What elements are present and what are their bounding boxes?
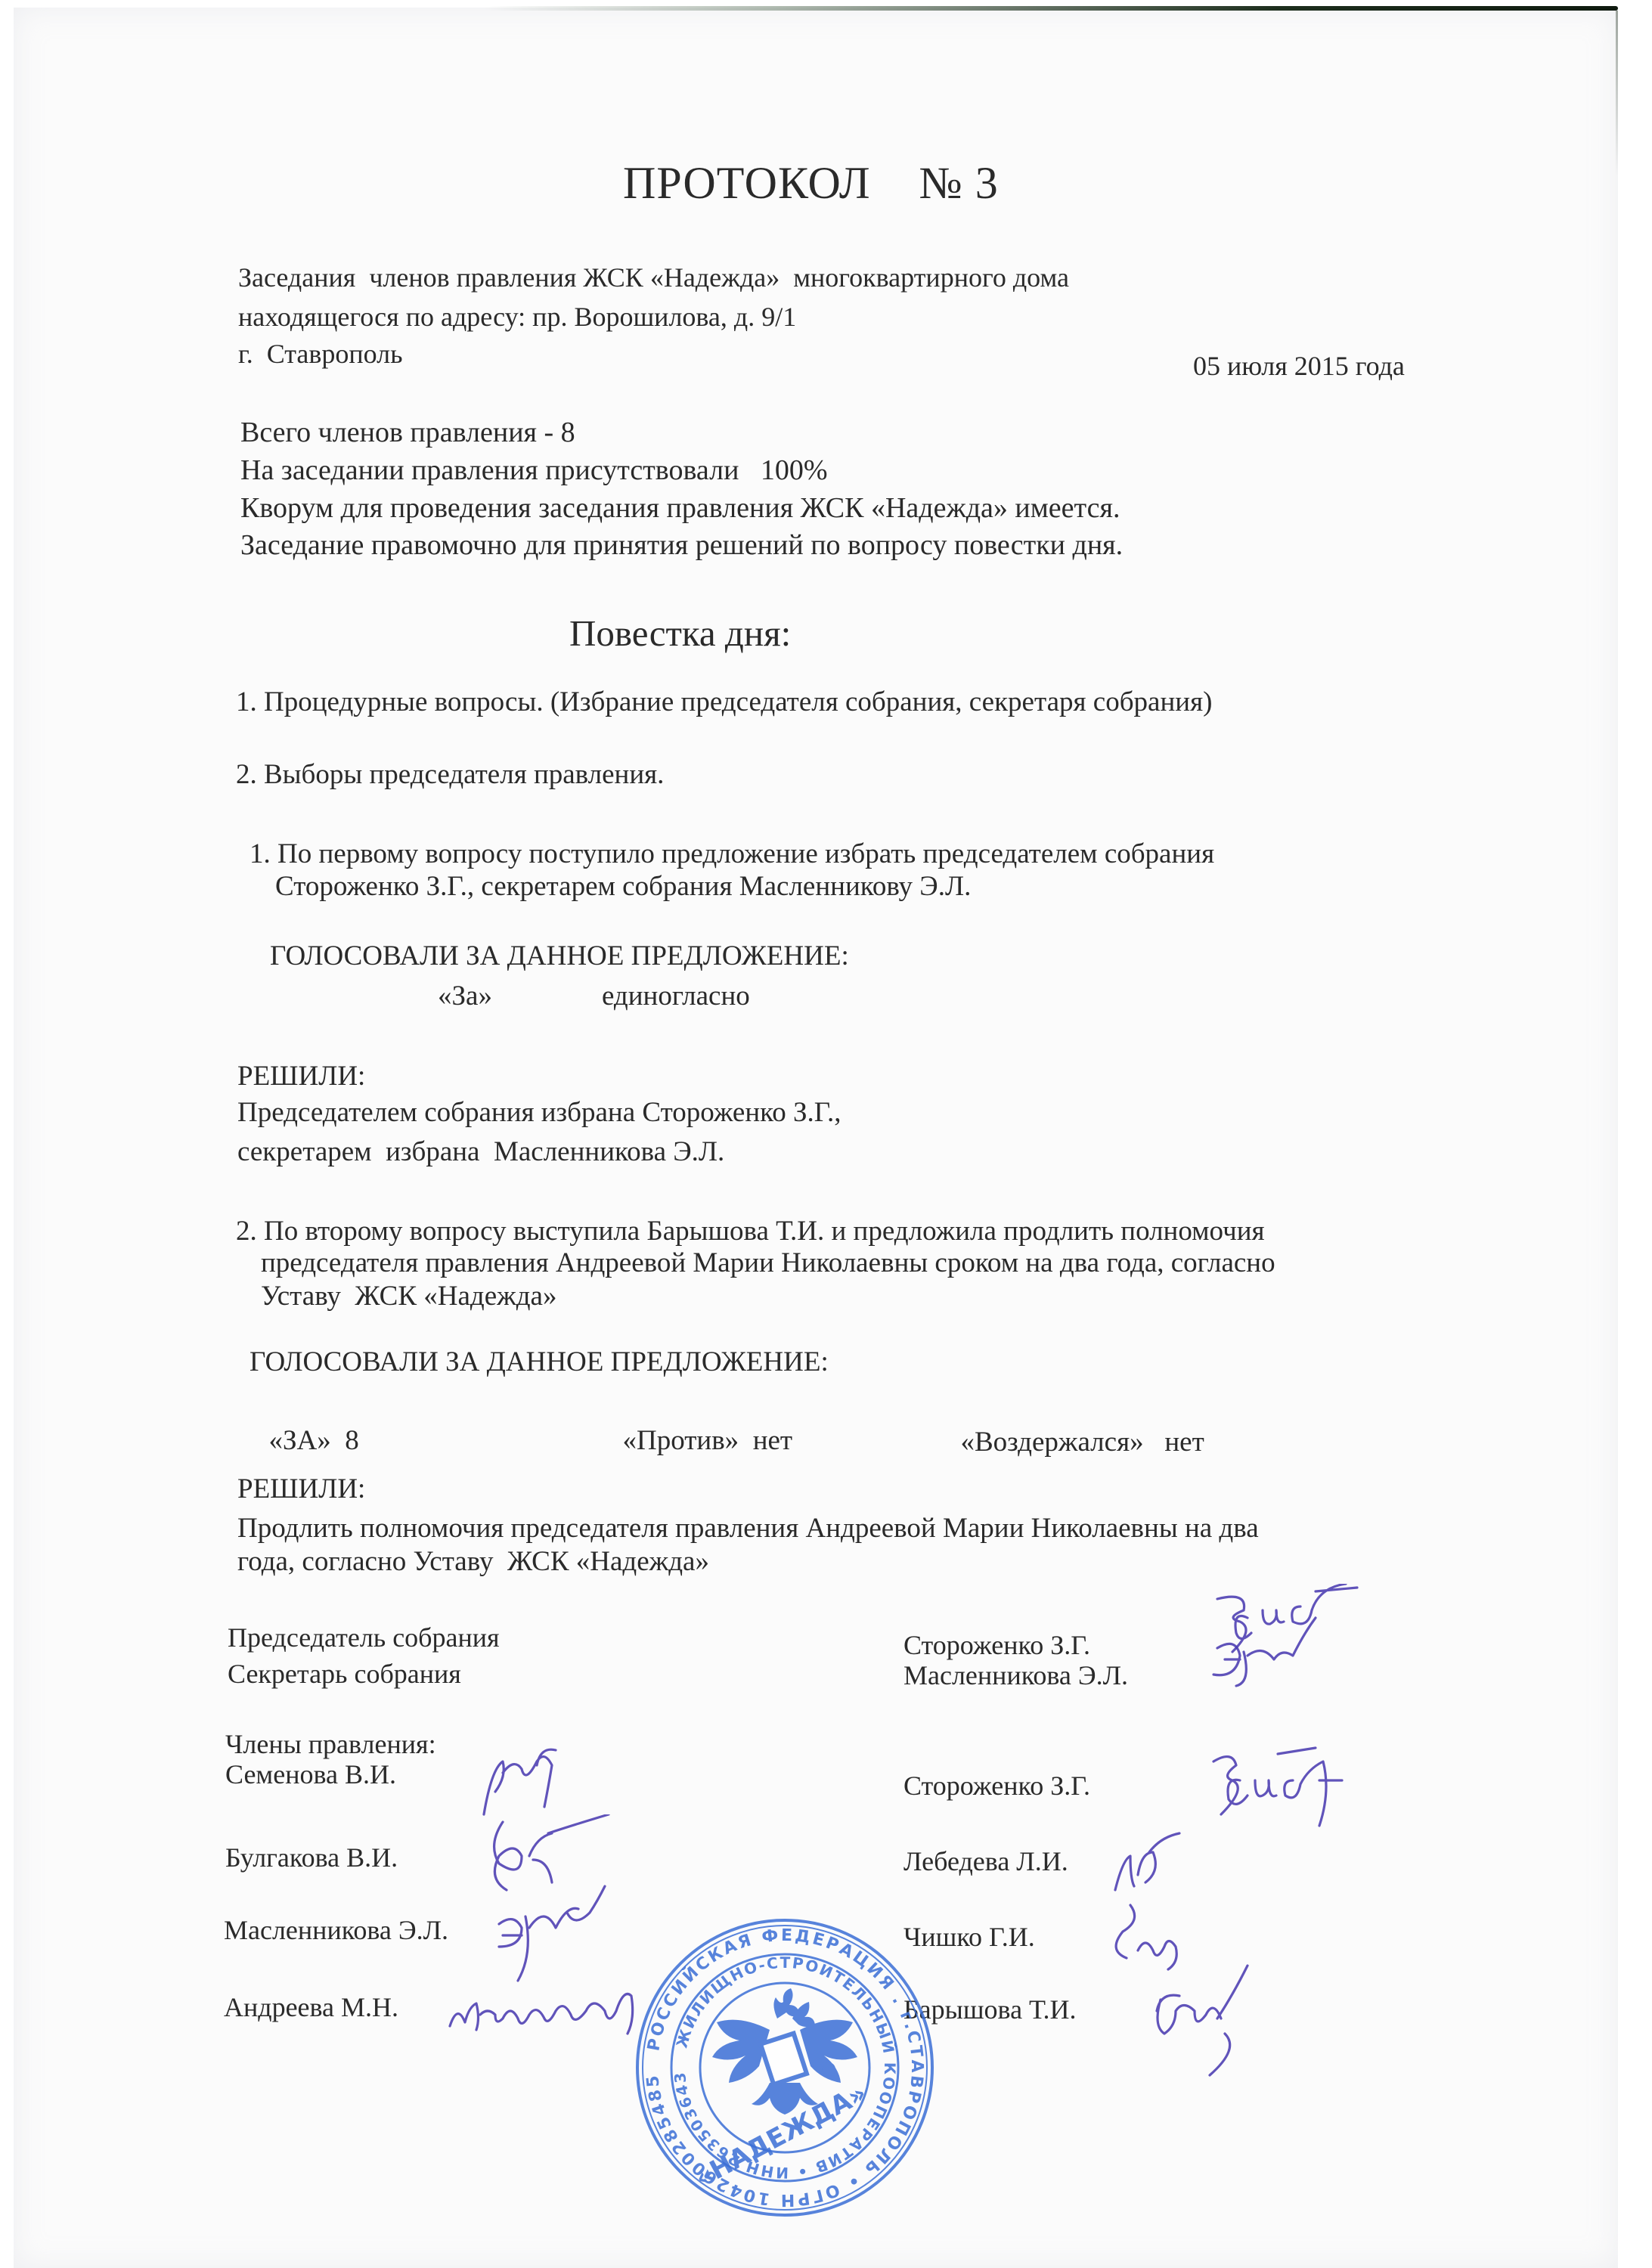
signature-semenova: [469, 1743, 605, 1826]
validity-statement: Заседание правомочно для принятия решени…: [240, 531, 1123, 559]
header-date: 05 июля 2015 года: [1193, 352, 1405, 380]
question2-decision-line-2: года, согласно Уставу ЖСК «Надежда»: [237, 1548, 709, 1576]
vote-abstain-value: нет: [1164, 1428, 1204, 1456]
question1-line-1: 1. По первому вопросу поступило предложе…: [250, 840, 1214, 868]
signature-baryshova: [1142, 1958, 1270, 2079]
vote-abstain-label: «Воздержался»: [961, 1428, 1144, 1456]
chair-name: Стороженко З.Г.: [903, 1631, 1090, 1659]
question1-decision-line-1: Председателем собрания избрана Стороженк…: [237, 1098, 841, 1126]
member-right-2: Лебедева Л.И.: [903, 1848, 1068, 1875]
question2-voted-heading: ГОЛОСОВАЛИ ЗА ДАННОЕ ПРЕДЛОЖЕНИЕ:: [250, 1348, 829, 1376]
chair-role: Председатель собрания: [228, 1624, 500, 1651]
scanner-edge-shadow: [1616, 11, 1618, 177]
agenda-title: Повестка дня:: [569, 615, 791, 652]
question1-decided-heading: РЕШИЛИ:: [237, 1062, 365, 1090]
signature-maslennikova: [491, 1882, 628, 1988]
question2-line-3: Уставу ЖСК «Надежда»: [261, 1282, 556, 1310]
question2-line-1: 2. По второму вопросу выступила Барышова…: [236, 1217, 1265, 1245]
vote-against: «Против» нет: [609, 1399, 792, 1455]
member-left-3: Масленникова Э.Л.: [224, 1916, 448, 1944]
agenda-item-2: 2. Выборы председателя правления.: [236, 761, 664, 789]
question1-voted-heading: ГОЛОСОВАЛИ ЗА ДАННОЕ ПРЕДЛОЖЕНИЕ:: [270, 942, 849, 970]
vote-against-value: нет: [753, 1427, 792, 1455]
signature-lebedeva: [1104, 1830, 1195, 1898]
vote-for-label: «ЗА»: [269, 1427, 331, 1455]
secretary-role: Секретарь собрания: [228, 1660, 461, 1687]
question2-decision-line-1: Продлить полномочия председателя правлен…: [237, 1514, 1259, 1542]
member-left-4: Андреева М.Н.: [224, 1994, 398, 2021]
total-members: Всего членов правления - 8: [240, 418, 575, 447]
member-left-1: Семенова В.И.: [225, 1761, 396, 1788]
vote-abstain: «Воздержался» нет: [947, 1400, 1204, 1456]
page-title: ПРОТОКОЛ № 3: [623, 160, 999, 206]
signature-storozhenko: [1195, 1739, 1414, 1852]
vote-against-label: «Против»: [623, 1427, 739, 1455]
header-line-1: Заседания членов правления ЖСК «Надежда»…: [238, 264, 1069, 291]
organization-stamp: РОССИЙСКАЯ ФЕДЕРАЦИЯ . г.СТАВРОПОЛЬ • ОГ…: [634, 1916, 936, 2219]
scanner-edge-line: [484, 6, 1618, 11]
secretary-name: Масленникова Э.Л.: [903, 1662, 1128, 1689]
header-city: г. Ставрополь: [238, 340, 403, 367]
question1-line-2: Стороженко З.Г., секретарем собрания Мас…: [275, 872, 971, 900]
agenda-item-1: 1. Процедурные вопросы. (Избрание предсе…: [236, 688, 1212, 716]
member-right-1: Стороженко З.Г.: [903, 1772, 1090, 1799]
quorum-statement: Кворум для проведения заседания правлени…: [240, 494, 1120, 522]
question2-line-2: председателя правления Андреевой Марии Н…: [261, 1249, 1275, 1277]
member-left-2: Булгакова В.И.: [225, 1844, 398, 1871]
members-heading: Члены правления:: [225, 1730, 436, 1758]
question2-decided-heading: РЕШИЛИ:: [237, 1475, 365, 1503]
question1-vote-for-value: единогласно: [602, 982, 750, 1010]
vote-for-value: 8: [345, 1427, 359, 1455]
question1-vote-for-label: «За»: [438, 982, 492, 1010]
vote-for: «ЗА» 8: [255, 1399, 359, 1455]
header-line-2: находящегося по адресу: пр. Ворошилова, …: [238, 303, 796, 330]
signature-andreeva: [442, 1984, 654, 2045]
attendance-present: На заседании правления присутствовали 10…: [240, 456, 828, 485]
question1-decision-line-2: секретарем избрана Масленникова Э.Л.: [237, 1138, 724, 1166]
signature-chair-secretary: [1202, 1584, 1421, 1697]
